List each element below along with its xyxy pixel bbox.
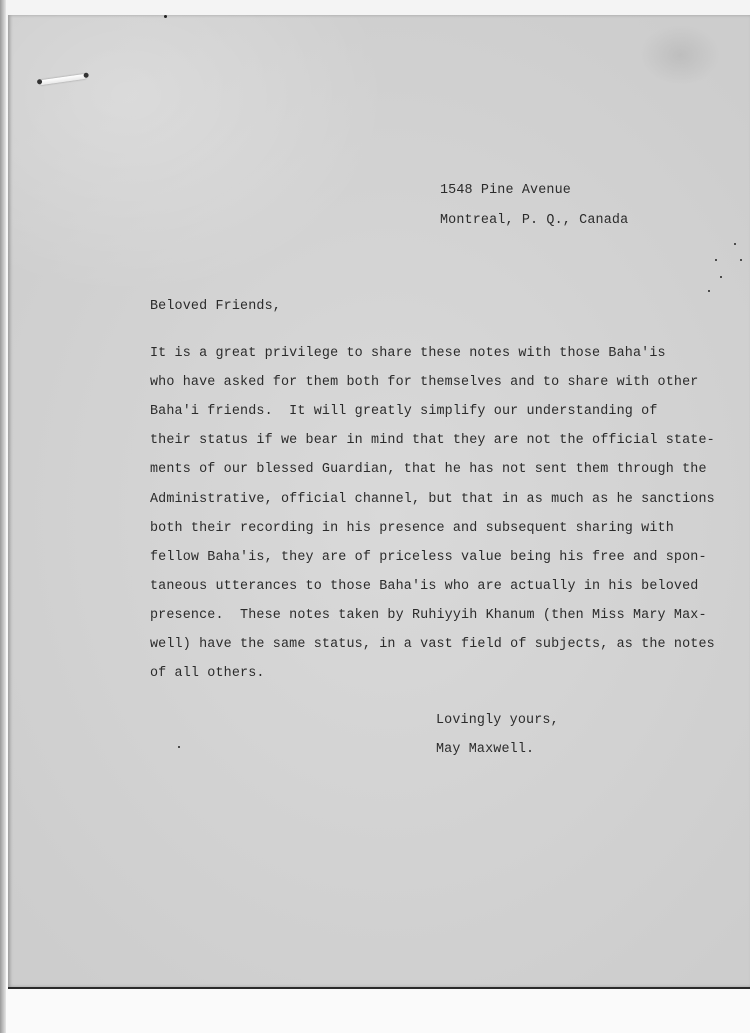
body-line: their status if we bear in mind that the… (150, 434, 715, 447)
body-line: both their recording in his presence and… (150, 522, 674, 535)
speck (740, 259, 742, 261)
speck (178, 746, 180, 748)
signature: May Maxwell. (436, 743, 534, 756)
speck (734, 243, 736, 245)
body-line: presence. These notes taken by Ruhiyyih … (150, 609, 707, 622)
body-line: ments of our blessed Guardian, that he h… (150, 463, 707, 476)
salutation: Beloved Friends, (150, 300, 281, 313)
body-line: Baha'i friends. It will greatly simplify… (150, 405, 658, 418)
staple-mark (40, 74, 86, 85)
speck (164, 15, 167, 18)
body-line: taneous utterances to those Baha'is who … (150, 580, 698, 593)
speck (708, 290, 710, 292)
speck (720, 276, 722, 278)
body-line: well) have the same status, in a vast fi… (150, 638, 715, 651)
body-line: Administrative, official channel, but th… (150, 493, 715, 506)
body-line: who have asked for them both for themsel… (150, 376, 698, 389)
scan-edge (0, 0, 6, 1033)
address-city: Montreal, P. Q., Canada (440, 214, 628, 227)
body-line: fellow Baha'is, they are of priceless va… (150, 551, 707, 564)
valediction: Lovingly yours, (436, 714, 559, 727)
speck (715, 259, 717, 261)
body-line: of all others. (150, 667, 265, 680)
body-line: It is a great privilege to share these n… (150, 347, 666, 360)
address-street: 1548 Pine Avenue (440, 184, 571, 197)
